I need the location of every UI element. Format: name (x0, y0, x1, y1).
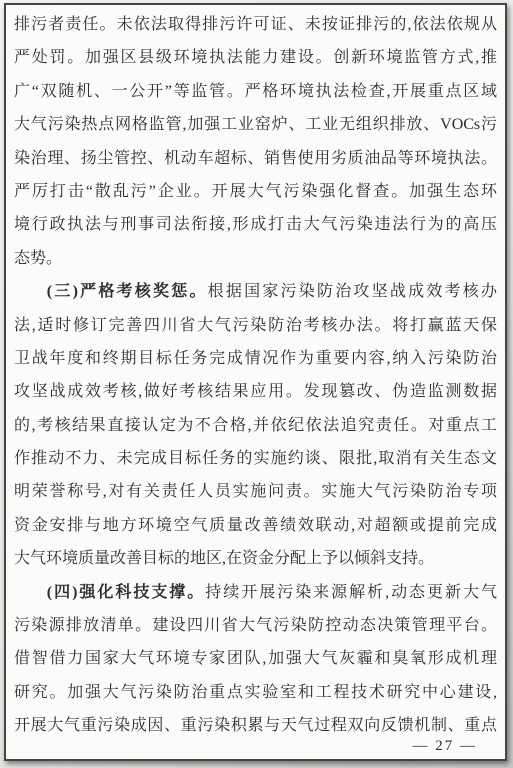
body-text: 开展大气重污染成因、重污染积累与天气过程双向反馈机制、重点 (14, 717, 497, 734)
screenshot-root: { "page": { "background_color": "#eceae7… (0, 0, 513, 768)
body-text: 持续开展污染来源解析,动态更新大气 (205, 584, 497, 601)
text-line: 研究。加强大气污染防治重点实验室和工程技术研究中心建设, (14, 676, 497, 709)
body-text: 境行政执法与刑事司法衔接,形成打击大气污染违法行为的高压 (14, 216, 497, 233)
section-heading-text: (三)严格考核奖惩。 (47, 283, 208, 300)
text-line: 明荣誉称号,对有关责任人员实施问责。实施大气污染防治专项 (14, 475, 497, 508)
body-text: 态势。 (14, 250, 62, 267)
section-heading-line: (四)强化科技支撑。持续开展污染来源解析,动态更新大气 (14, 576, 497, 609)
document-page: 排污者责任。未依法取得排污许可证、未按证排污的,依法依规从严处罚。加强区县级环境… (4, 3, 507, 761)
body-text: 严厉打击“散乱污”企业。开展大气污染强化督查。加强生态环 (14, 183, 497, 200)
body-text: 广“双随机、一公开”等监管。严格环境执法检查,开展重点区域 (14, 83, 497, 100)
body-text: 大气污染热点网格监管,加强工业窑炉、工业无组织排放、VOCs污 (14, 116, 497, 133)
body-text: 借智借力国家大气环境专家团队,加强大气灰霾和臭氧形成机理 (14, 650, 497, 667)
text-line: 卫战年度和终期目标任务完成情况作为重要内容,纳入污染防治 (14, 342, 497, 375)
text-line: 染治理、扬尘管控、机动车超标、销售使用劣质油品等环境执法。 (14, 142, 497, 175)
page-number: — 27 — (413, 738, 478, 755)
body-text: 法,适时修订完善四川省大气污染防治考核办法。将打赢蓝天保 (14, 317, 497, 334)
body-text: 研究。加强大气污染防治重点实验室和工程技术研究中心建设, (14, 684, 497, 701)
body-text: 卫战年度和终期目标任务完成情况作为重要内容,纳入污染防治 (14, 350, 497, 367)
section-heading-text: (四)强化科技支撑。 (47, 584, 205, 601)
text-line: 资金安排与地方环境空气质量改善绩效联动,对超额或提前完成 (14, 509, 497, 542)
body-text: 大气环境质量改善目标的地区,在资金分配上予以倾斜支持。 (14, 550, 434, 567)
text-line: 法,适时修订完善四川省大气污染防治考核办法。将打赢蓝天保 (14, 309, 497, 342)
text-line: 大气污染热点网格监管,加强工业窑炉、工业无组织排放、VOCs污 (14, 108, 497, 141)
body-text: 严处罚。加强区县级环境执法能力建设。创新环境监管方式,推 (14, 49, 497, 66)
text-line: 排污者责任。未依法取得排污许可证、未按证排污的,依法依规从 (14, 8, 497, 41)
text-line: 的,考核结果直接认定为不合格,并依纪依法追究责任。对重点工 (14, 409, 497, 442)
text-line: 严厉打击“散乱污”企业。开展大气污染强化督查。加强生态环 (14, 175, 497, 208)
text-line: 污染源排放清单。建设四川省大气污染防控动态决策管理平台。 (14, 609, 497, 642)
body-text: 的,考核结果直接认定为不合格,并依纪依法追究责任。对重点工 (14, 417, 497, 434)
text-line: 大气环境质量改善目标的地区,在资金分配上予以倾斜支持。 (14, 542, 497, 575)
text-line: 作推动不力、未完成目标任务的实施约谈、限批,取消有关生态文 (14, 442, 497, 475)
text-line: 境行政执法与刑事司法衔接,形成打击大气污染违法行为的高压 (14, 208, 497, 241)
text-line: 严处罚。加强区县级环境执法能力建设。创新环境监管方式,推 (14, 41, 497, 74)
body-text: 明荣誉称号,对有关责任人员实施问责。实施大气污染防治专项 (14, 483, 497, 500)
body-text: 污染源排放清单。建设四川省大气污染防控动态决策管理平台。 (14, 617, 497, 634)
text-line: 攻坚战成效考核,做好考核结果应用。发现篡改、伪造监测数据 (14, 375, 497, 408)
document-text: 排污者责任。未依法取得排污许可证、未按证排污的,依法依规从严处罚。加强区县级环境… (6, 5, 505, 743)
text-line: 广“双随机、一公开”等监管。严格环境执法检查,开展重点区域 (14, 75, 497, 108)
section-heading-line: (三)严格考核奖惩。根据国家污染防治攻坚战成效考核办 (14, 275, 497, 308)
body-text: 染治理、扬尘管控、机动车超标、销售使用劣质油品等环境执法。 (14, 150, 497, 167)
body-text: 根据国家污染防治攻坚战成效考核办 (208, 283, 497, 300)
body-text: 排污者责任。未依法取得排污许可证、未按证排污的,依法依规从 (14, 16, 497, 33)
body-text: 资金安排与地方环境空气质量改善绩效联动,对超额或提前完成 (14, 517, 497, 534)
text-line: 态势。 (14, 242, 497, 275)
body-text: 攻坚战成效考核,做好考核结果应用。发现篡改、伪造监测数据 (14, 383, 497, 400)
body-text: 作推动不力、未完成目标任务的实施约谈、限批,取消有关生态文 (14, 450, 497, 467)
text-line: 借智借力国家大气环境专家团队,加强大气灰霾和臭氧形成机理 (14, 642, 497, 675)
